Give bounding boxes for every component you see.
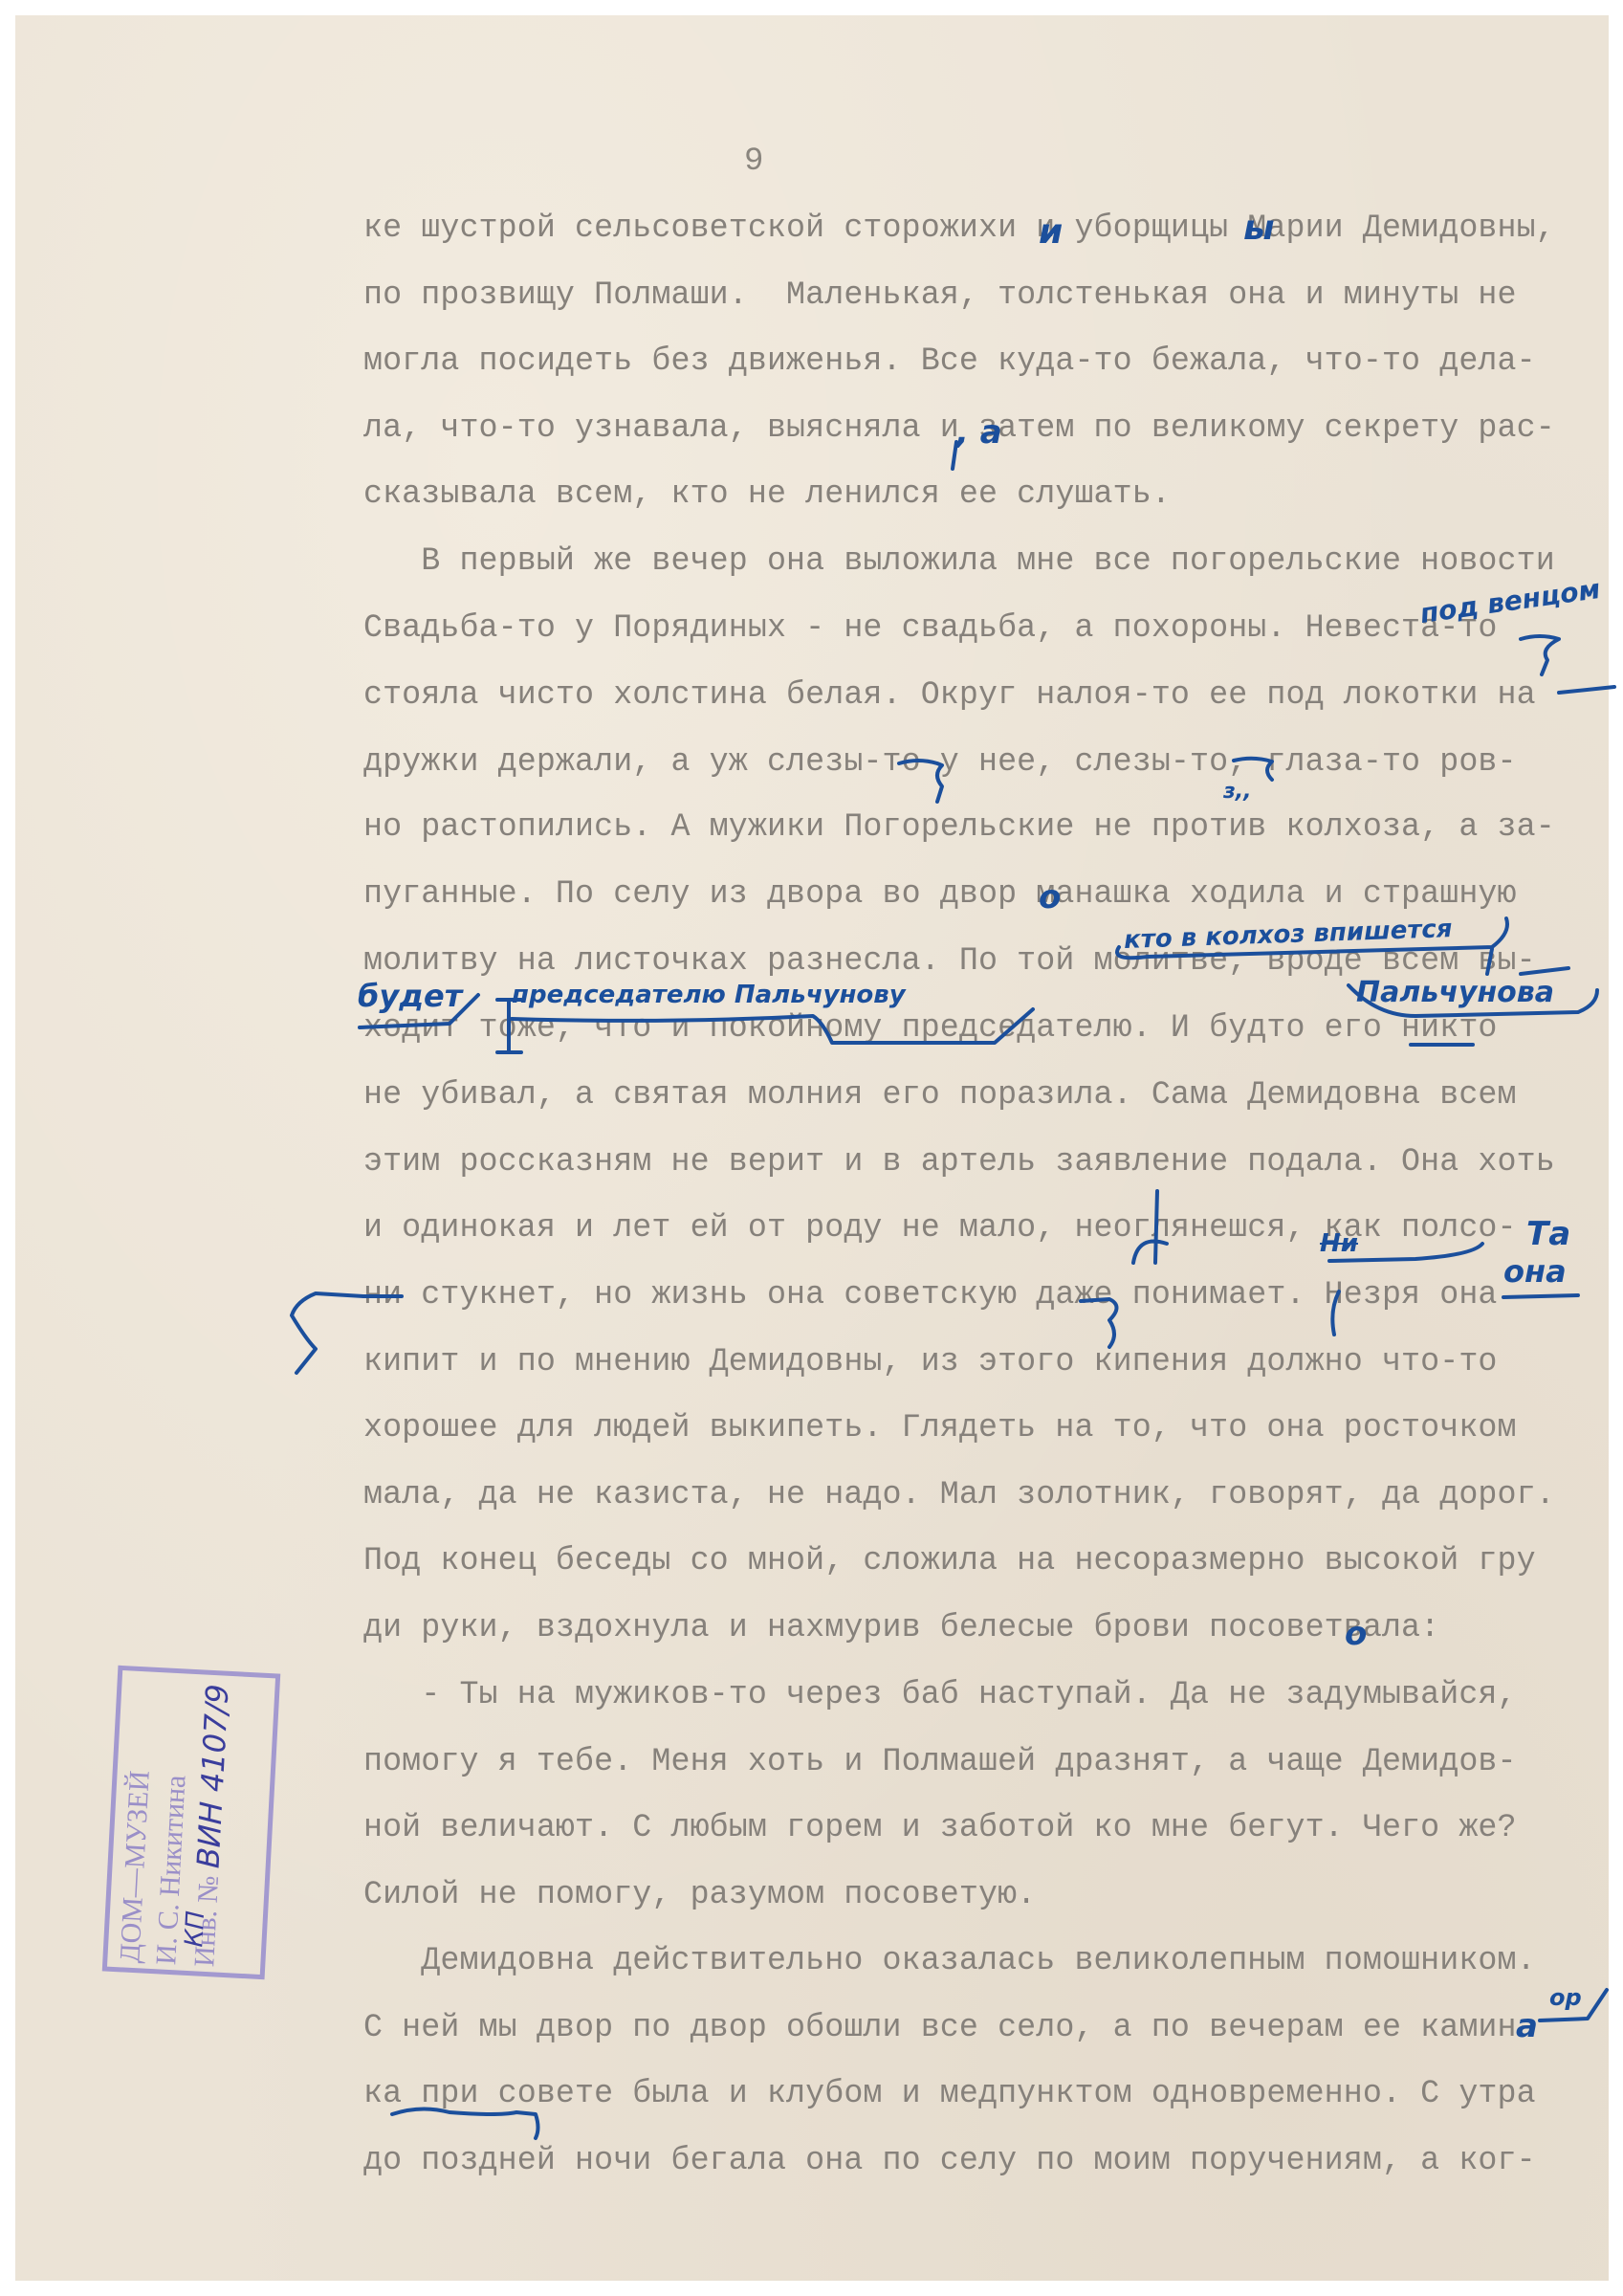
ink-correction: о — [1039, 878, 1061, 916]
text-line: С ней мы двор по двор обошли все село, а… — [363, 2009, 1536, 2047]
page-number: 9 — [744, 143, 763, 180]
text-line: не убивал, а святая молния его поразила.… — [363, 1076, 1517, 1115]
ink-insertion: , а — [956, 413, 1002, 452]
text-line: ди руки, вздохнула и нахмурив белесые бр… — [363, 1609, 1439, 1647]
text-line: хорошее для людей выкипеть. Глядеть на т… — [363, 1409, 1517, 1447]
ink-replacement: председателю Пальчунову — [512, 981, 906, 1009]
text-line: молитву на листочках разнесла. По той мо… — [363, 942, 1536, 981]
text-line: мала, да не казиста, не надо. Мал золотн… — [363, 1476, 1555, 1514]
text-line: пуганные. По селу из двора во двор манаш… — [363, 875, 1517, 914]
ink-replacement: она — [1503, 1253, 1567, 1290]
ink-correction: з,, — [1223, 780, 1252, 804]
ink-correction: Та — [1526, 1215, 1570, 1253]
text-line: - Ты на мужиков-то через баб наступай. Д… — [363, 1676, 1517, 1714]
text-line: ни стукнет, но жизнь она советскую даже … — [363, 1276, 1498, 1314]
text-line: помогу я тебе. Меня хоть и Полмашей драз… — [363, 1743, 1517, 1781]
ink-correction: и — [1039, 212, 1063, 252]
text-line: ходит тоже, что и покойному председателю… — [363, 1009, 1498, 1048]
text-line: сказывала всем, кто не ленился ее слушат… — [363, 475, 1171, 514]
text-line: ка при совете была и клубом и медпунктом… — [363, 2075, 1536, 2113]
text-line: кипит и по мнению Демидовны, из этого ки… — [363, 1343, 1498, 1381]
text-line: стояла чисто холстина белая. Округ налоя… — [363, 676, 1536, 715]
text-line: до поздней ночи бегала она по селу по мо… — [363, 2142, 1536, 2180]
text-line: В первый же вечер она выложила мне все п… — [363, 542, 1555, 581]
text-line: по прозвищу Полмаши. Маленькая, толстень… — [363, 276, 1517, 315]
ink-correction: ы — [1243, 209, 1275, 248]
text-line: Под конец беседы со мной, сложила на нес… — [363, 1542, 1536, 1580]
ink-replacement: Пальчунова — [1356, 976, 1554, 1009]
ink-replacement: будет — [358, 978, 462, 1014]
text-line: этим россказням не верит и в артель заяв… — [363, 1143, 1555, 1181]
stamp-handwritten-prefix: КП — [180, 1910, 210, 1949]
ink-strikeout: Ни — [1320, 1229, 1358, 1258]
ink-correction: о — [1345, 1615, 1367, 1653]
text-line: Свадьба-то у Порядиных - не свадьба, а п… — [363, 609, 1498, 648]
ink-correction: ор — [1549, 1984, 1582, 2011]
museum-stamp: ДОМ—МУЗЕЙ И. С. Никитина Инв. № ВИН 4107… — [102, 1666, 281, 1979]
text-line: ной величают. С любым горем и заботой ко… — [363, 1809, 1517, 1847]
text-line: но растопились. А мужики Погорельские не… — [363, 808, 1555, 847]
text-line: Демидовна действительно оказалась велико… — [363, 1942, 1536, 1980]
ink-correction: а — [1516, 2007, 1538, 2045]
text-line: ке шустрой сельсоветской сторожихи и убо… — [363, 210, 1555, 248]
text-line: дружки держали, а уж слезы-то у нее, сле… — [363, 743, 1517, 782]
text-line: могла посидеть без движенья. Все куда-то… — [363, 342, 1536, 381]
text-line: Силой не помогу, разумом посоветую. — [363, 1876, 1036, 1914]
